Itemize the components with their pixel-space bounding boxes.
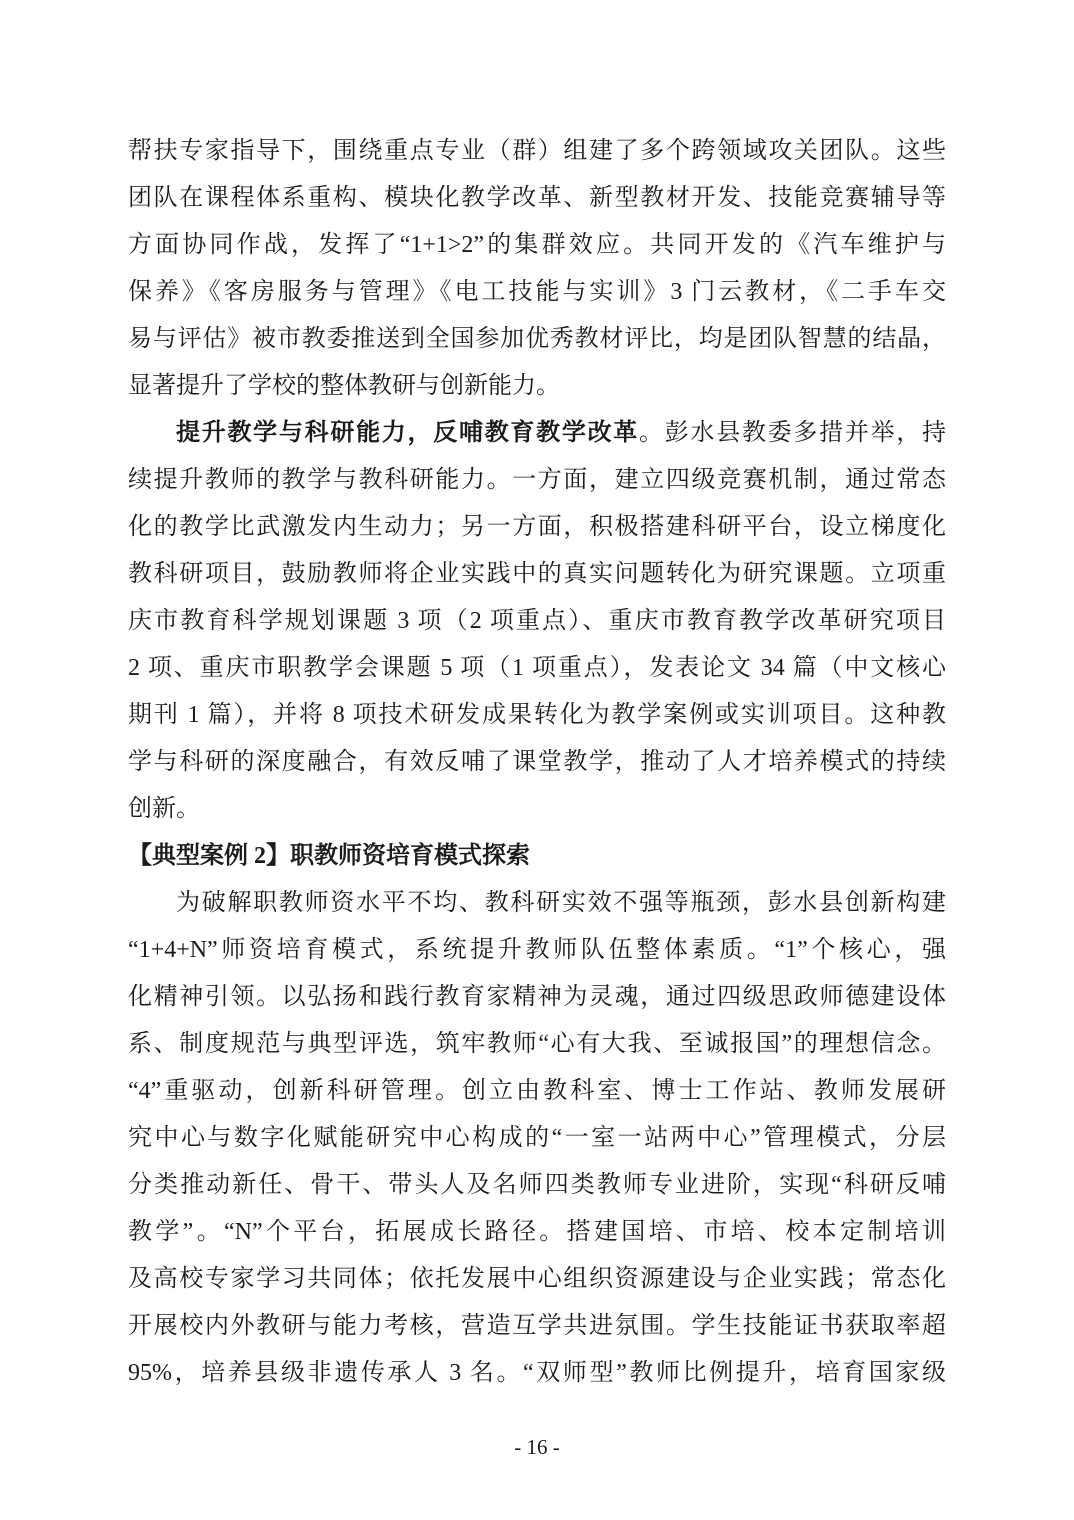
text-run: 方面协同作战，发挥了“1+1>2”的集群效应。共同开发的《汽车维护与 <box>128 232 946 258</box>
body-text-line: 为破解职教师资水平不均、教科研实效不强等瓶颈，彭水县创新构建 <box>128 880 946 927</box>
body-text-line: 化精神引领。以弘扬和践行教育家精神为灵魂，通过四级思政师德建设体 <box>128 974 946 1021</box>
text-run: 保养》《客房服务与管理》《电工技能与实训》3 门云教材，《二手车交 <box>128 279 946 305</box>
text-run: 教科研项目，鼓励教师将企业实践中的真实问题转化为研究课题。立项重 <box>128 561 946 587</box>
body-text-line: “4”重驱动，创新科研管理。创立由教科室、博士工作站、教师发展研 <box>128 1068 946 1115</box>
body-text-line: 创新。 <box>128 786 946 833</box>
body-text-line: 提升教学与科研能力，反哺教育教学改革。彭水县教委多措并举，持 <box>128 410 946 457</box>
body-text-line: 系、制度规范与典型评选，筑牢教师“心有大我、至诚报国”的理想信念。 <box>128 1021 946 1068</box>
text-run: 化的教学比武激发内生动力；另一方面，积极搭建科研平台，设立梯度化 <box>128 514 946 540</box>
text-run: 分类推动新任、骨干、带头人及名师四类教师专业进阶，实现“科研反哺 <box>128 1172 946 1198</box>
text-run: 教学”。“N”个平台，拓展成长路径。搭建国培、市培、校本定制培训 <box>128 1219 946 1245</box>
body-text-line: 团队在课程体系重构、模块化教学改革、新型教材开发、技能竞赛辅导等 <box>128 175 946 222</box>
body-text-line: 分类推动新任、骨干、带头人及名师四类教师专业进阶，实现“科研反哺 <box>128 1162 946 1209</box>
text-run: 95%，培养县级非遗传承人 3 名。“双师型”教师比例提升，培育国家级 <box>128 1360 946 1386</box>
document-body: 帮扶专家指导下，围绕重点专业（群）组建了多个跨领域攻关团队。这些团队在课程体系重… <box>128 128 946 1397</box>
bold-text-run: 【典型案例 2】职教师资培育模式探索 <box>128 843 530 869</box>
body-text-line: 学与科研的深度融合，有效反哺了课堂教学，推动了人才培养模式的持续 <box>128 739 946 786</box>
body-text-line: 开展校内外教研与能力考核，营造互学共进氛围。学生技能证书获取率超 <box>128 1303 946 1350</box>
page-number: - 16 - <box>514 1435 560 1459</box>
body-text-line: 95%，培养县级非遗传承人 3 名。“双师型”教师比例提升，培育国家级 <box>128 1350 946 1397</box>
text-run: “4”重驱动，创新科研管理。创立由教科室、博士工作站、教师发展研 <box>128 1078 946 1104</box>
text-run: 易与评估》被市教委推送到全国参加优秀教材评比，均是团队智慧的结晶， <box>128 326 946 352</box>
text-run: 化精神引领。以弘扬和践行教育家精神为灵魂，通过四级思政师德建设体 <box>128 984 946 1010</box>
body-text-line: 保养》《客房服务与管理》《电工技能与实训》3 门云教材，《二手车交 <box>128 269 946 316</box>
body-text-line: 及高校专家学习共同体；依托发展中心组织资源建设与企业实践；常态化 <box>128 1256 946 1303</box>
bold-text-run: 提升教学与科研能力，反哺教育教学改革 <box>176 420 639 446</box>
text-run: “1+4+N”师资培育模式，系统提升教师队伍整体素质。“1”个核心，强 <box>128 937 946 963</box>
text-run: 庆市教育科学规划课题 3 项（2 项重点）、重庆市教育教学改革研究项目 <box>128 608 946 634</box>
body-text-line: 化的教学比武激发内生动力；另一方面，积极搭建科研平台，设立梯度化 <box>128 504 946 551</box>
text-run: 创新。 <box>128 796 200 822</box>
text-run: 续提升教师的教学与教科研能力。一方面，建立四级竞赛机制，通过常态 <box>128 467 946 493</box>
text-run: 为破解职教师资水平不均、教科研实效不强等瓶颈，彭水县创新构建 <box>176 890 946 916</box>
body-text-line: 究中心与数字化赋能研究中心构成的“一室一站两中心”管理模式，分层 <box>128 1115 946 1162</box>
section-heading-line: 【典型案例 2】职教师资培育模式探索 <box>128 833 946 880</box>
text-run: 开展校内外教研与能力考核，营造互学共进氛围。学生技能证书获取率超 <box>128 1313 946 1339</box>
body-text-line: 教学”。“N”个平台，拓展成长路径。搭建国培、市培、校本定制培训 <box>128 1209 946 1256</box>
text-run: 2 项、重庆市职教学会课题 5 项（1 项重点），发表论文 34 篇（中文核心 <box>128 655 946 681</box>
body-text-line: 方面协同作战，发挥了“1+1>2”的集群效应。共同开发的《汽车维护与 <box>128 222 946 269</box>
text-run: 究中心与数字化赋能研究中心构成的“一室一站两中心”管理模式，分层 <box>128 1125 946 1151</box>
document-page: 帮扶专家指导下，围绕重点专业（群）组建了多个跨领域攻关团队。这些团队在课程体系重… <box>0 0 1074 1520</box>
body-text-line: 易与评估》被市教委推送到全国参加优秀教材评比，均是团队智慧的结晶， <box>128 316 946 363</box>
body-text-line: “1+4+N”师资培育模式，系统提升教师队伍整体素质。“1”个核心，强 <box>128 927 946 974</box>
text-run: 团队在课程体系重构、模块化教学改革、新型教材开发、技能竞赛辅导等 <box>128 185 946 211</box>
body-text-line: 庆市教育科学规划课题 3 项（2 项重点）、重庆市教育教学改革研究项目 <box>128 598 946 645</box>
text-run: 。彭水县教委多措并举，持 <box>639 420 946 446</box>
text-run: 学与科研的深度融合，有效反哺了课堂教学，推动了人才培养模式的持续 <box>128 749 946 775</box>
body-text-line: 帮扶专家指导下，围绕重点专业（群）组建了多个跨领域攻关团队。这些 <box>128 128 946 175</box>
body-text-line: 2 项、重庆市职教学会课题 5 项（1 项重点），发表论文 34 篇（中文核心 <box>128 645 946 692</box>
text-run: 帮扶专家指导下，围绕重点专业（群）组建了多个跨领域攻关团队。这些 <box>128 138 946 164</box>
body-text-line: 教科研项目，鼓励教师将企业实践中的真实问题转化为研究课题。立项重 <box>128 551 946 598</box>
text-run: 期刊 1 篇），并将 8 项技术研发成果转化为教学案例或实训项目。这种教 <box>128 702 946 728</box>
page-footer: - 16 - <box>0 1432 1074 1462</box>
text-run: 显著提升了学校的整体教研与创新能力。 <box>128 373 560 399</box>
text-run: 及高校专家学习共同体；依托发展中心组织资源建设与企业实践；常态化 <box>128 1266 946 1292</box>
body-text-line: 期刊 1 篇），并将 8 项技术研发成果转化为教学案例或实训项目。这种教 <box>128 692 946 739</box>
text-run: 系、制度规范与典型评选，筑牢教师“心有大我、至诚报国”的理想信念。 <box>128 1031 946 1057</box>
body-text-line: 显著提升了学校的整体教研与创新能力。 <box>128 363 946 410</box>
body-text-line: 续提升教师的教学与教科研能力。一方面，建立四级竞赛机制，通过常态 <box>128 457 946 504</box>
